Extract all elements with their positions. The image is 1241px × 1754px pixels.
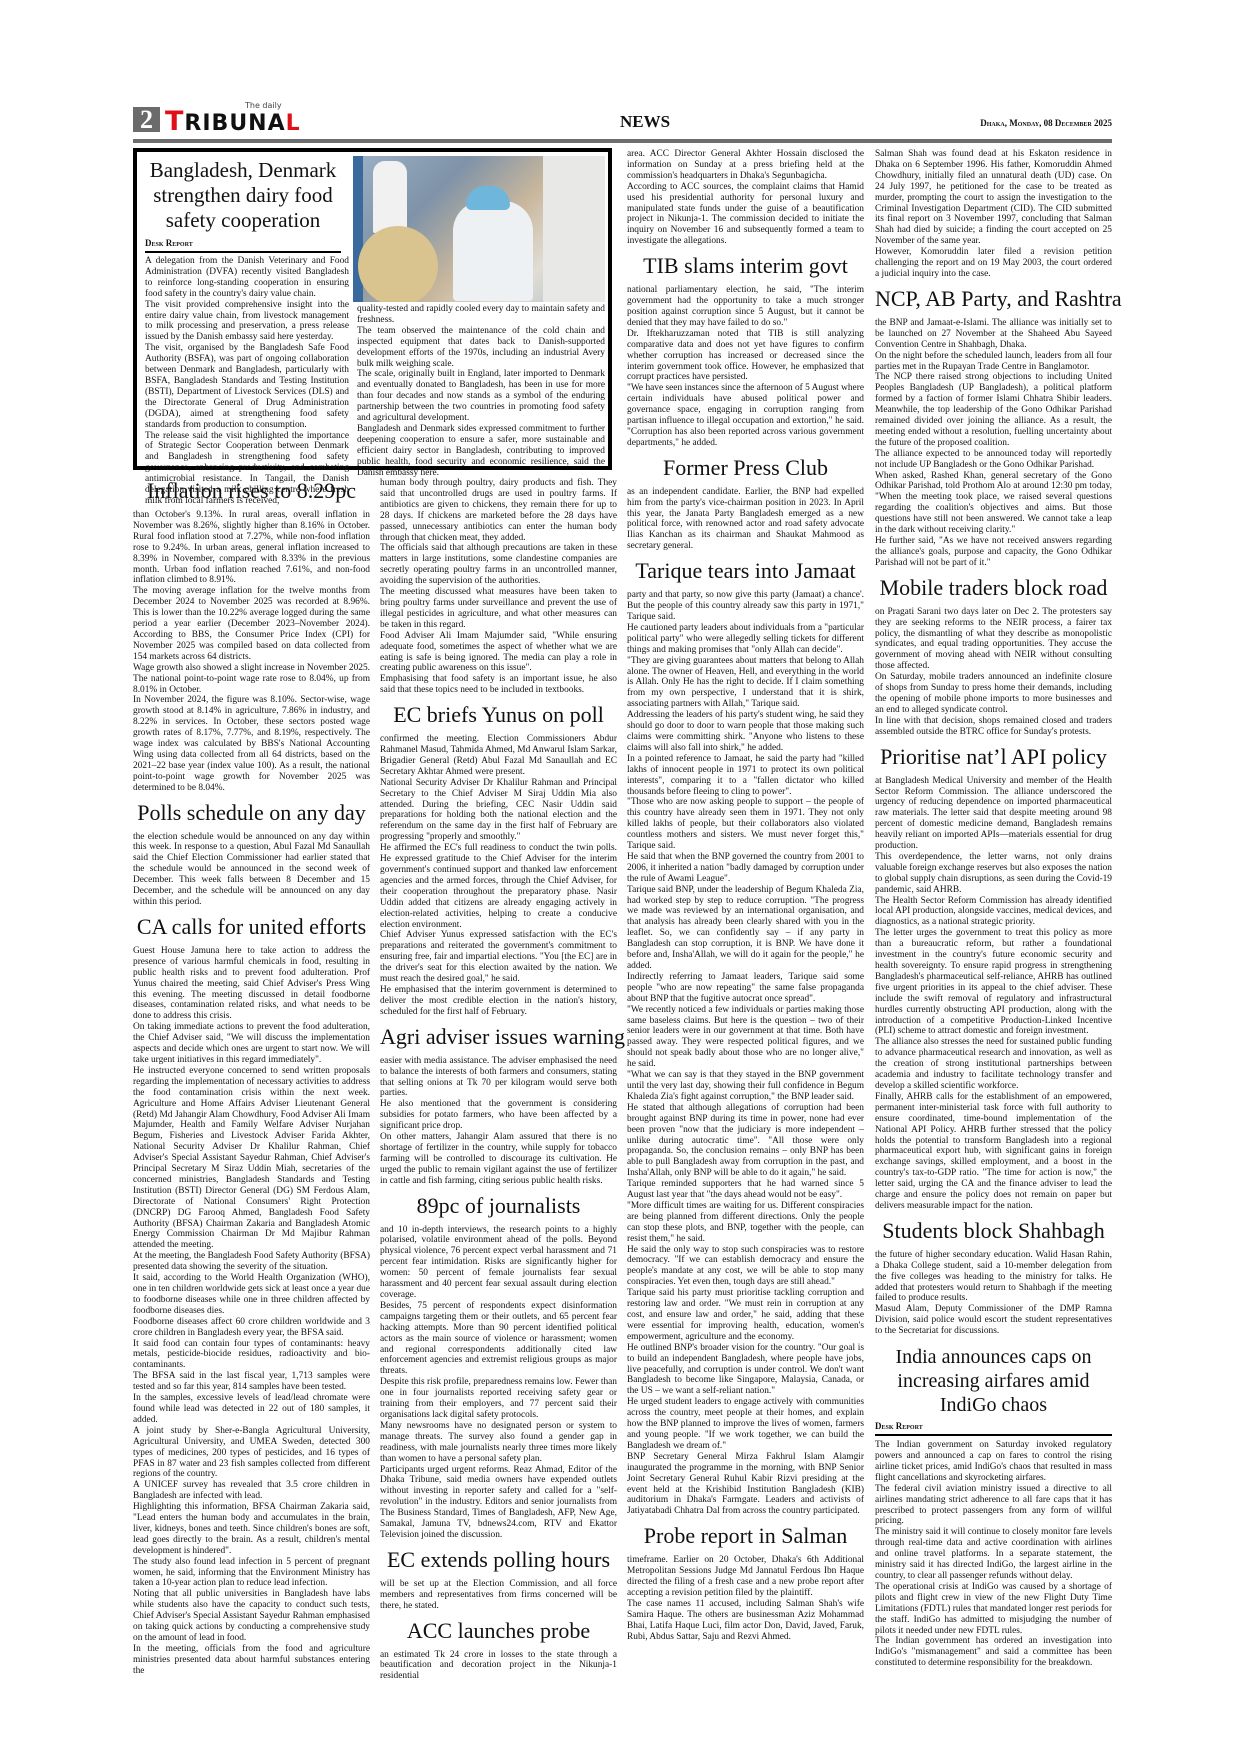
paragraph: He stated that although allegations of c…	[627, 1103, 864, 1179]
headline: EC briefs Yunus on poll	[380, 702, 617, 727]
paragraph: Addressing the leaders of his party's st…	[627, 710, 864, 754]
paragraph: area. ACC Director General Akhter Hossai…	[627, 149, 864, 182]
paragraph: Participants urged urgent reforms. Reaz …	[380, 1465, 617, 1541]
story-ca: CA calls for united efforts Guest House …	[133, 914, 370, 1677]
story-api-policy: Prioritise nat’l API policy at Banglades…	[875, 744, 1112, 1212]
paragraph: A UNICEF survey has revealed that 3.5 cr…	[133, 1480, 370, 1502]
headline: Students block Shahbagh	[875, 1218, 1112, 1243]
paragraph: at Bangladesh Medical University and mem…	[875, 776, 1112, 852]
paragraph: easier with media assistance. The advise…	[380, 1056, 617, 1100]
paragraph: an estimated Tk 24 crore in losses to th…	[380, 1650, 617, 1683]
paragraph: timeframe. Earlier on 20 October, Dhaka'…	[627, 1555, 864, 1599]
story-ec-briefs: EC briefs Yunus on poll confirmed the me…	[380, 702, 617, 1018]
headline: Former Press Club	[627, 455, 864, 480]
headline: EC extends polling hours	[380, 1547, 617, 1572]
logo-wordmark: TRIBUNAL	[165, 110, 301, 136]
paragraph: than October's 9.13%. In rural areas, ov…	[133, 510, 370, 586]
feature-body-col2: quality-tested and rapidly cooled every …	[357, 304, 605, 479]
paragraph: He emphasised that the interim governmen…	[380, 985, 617, 1018]
feature-headline: Bangladesh, Denmark strengthen dairy foo…	[145, 158, 341, 233]
headline: Tarique tears into Jamaat	[627, 558, 864, 583]
logo-tagline: The daily	[245, 101, 282, 110]
paragraph: The case names 11 accused, including Sal…	[627, 1599, 864, 1643]
column-2: human body through poultry, dairy produc…	[380, 478, 617, 1682]
paragraph: Highlighting this information, BFSA Chai…	[133, 1502, 370, 1557]
story-press-club: Former Press Club as an independent cand…	[627, 455, 864, 552]
paragraph: The moving average inflation for the twe…	[133, 586, 370, 662]
paragraph: On the night before the scheduled launch…	[875, 351, 1112, 373]
headline: India announces caps on increasing airfa…	[875, 1345, 1112, 1417]
paragraph: confirmed the meeting. Election Commissi…	[380, 734, 617, 778]
story-acc-probe: ACC launches probe an estimated Tk 24 cr…	[380, 1618, 617, 1683]
story-tib: TIB slams interim govt national parliame…	[627, 253, 864, 449]
story-mobile-traders: Mobile traders block road on Pragati Sar…	[875, 575, 1112, 738]
paragraph: Foodborne diseases affect 60 crore child…	[133, 1317, 370, 1339]
paragraph: The ministry said it will continue to cl…	[875, 1527, 1112, 1582]
headline: TIB slams interim govt	[627, 253, 864, 278]
paragraph: Tarique reminded supporters that he had …	[627, 1179, 864, 1201]
paragraph: the BNP and Jamaat-e-Islami. The allianc…	[875, 318, 1112, 351]
paragraph: He further said, "As we have not receive…	[875, 536, 1112, 569]
paragraph: The Indian government on Saturday invoke…	[875, 1440, 1112, 1484]
paragraph: On other matters, Jahangir Alam assured …	[380, 1132, 617, 1187]
story-students: Students block Shahbagh the future of hi…	[875, 1218, 1112, 1337]
paragraph: However, Komoruddin later filed a revisi…	[875, 247, 1112, 280]
paragraph: The Indian government has ordered an inv…	[875, 1636, 1112, 1669]
paragraph: Masud Alam, Deputy Commissioner of the D…	[875, 1304, 1112, 1337]
paragraph: Many newsrooms have no designated person…	[380, 1421, 617, 1465]
paragraph: In the samples, excessive levels of lead…	[133, 1393, 370, 1426]
story-salman: Probe report in Salman timeframe. Earlie…	[627, 1523, 864, 1642]
paragraph: national parliamentary election, he said…	[627, 285, 864, 329]
paragraph: The alliance expected to be announced to…	[875, 449, 1112, 471]
paragraph: He affirmed the EC's full readiness to c…	[380, 843, 617, 930]
paragraph: On taking immediate actions to prevent t…	[133, 1022, 370, 1066]
paragraph: The officials said that although precaut…	[380, 543, 617, 587]
paragraph: Tarique said BNP, under the leadership o…	[627, 885, 864, 972]
photo-hairnet	[466, 186, 510, 210]
header-rule	[133, 139, 1112, 143]
paragraph: "Those who are now asking people to supp…	[627, 797, 864, 852]
paragraph: He cautioned party leaders about individ…	[627, 623, 864, 656]
story-polls: Polls schedule on any day the election s…	[133, 800, 370, 908]
paragraph: Noting that all public universities in B…	[133, 1589, 370, 1644]
paragraph: According to ACC sources, the complaint …	[627, 182, 864, 247]
paragraph: BNP Secretary General Mirza Fakhrul Isla…	[627, 1452, 864, 1517]
paragraph: The visit, organised by the Bangladesh S…	[145, 343, 349, 430]
paragraph: The study also found lead infection in 5…	[133, 1557, 370, 1590]
paragraph: party and that party, so now give this p…	[627, 590, 864, 623]
photo-person-2	[453, 201, 533, 301]
feature-photo	[353, 156, 605, 302]
paragraph: Finally, AHRB calls for the establishmen…	[875, 1092, 1112, 1212]
paragraph: Chief Adviser Yunus expressed satisfacti…	[380, 930, 617, 985]
story-journalists: 89pc of journalists and 10 in-depth inte…	[380, 1193, 617, 1541]
paragraph: A delegation from the Danish Veterinary …	[145, 256, 349, 300]
paragraph: National Security Adviser Dr Khalilur Ra…	[380, 778, 617, 843]
paragraph: human body through poultry, dairy produc…	[380, 478, 617, 543]
story-tarique: Tarique tears into Jamaat party and that…	[627, 558, 864, 1517]
paragraph: He urged student leaders to engage activ…	[627, 1397, 864, 1452]
headline: Probe report in Salman	[627, 1523, 864, 1548]
paragraph: The federal civil aviation ministry issu…	[875, 1484, 1112, 1528]
paragraph: "We have seen instances since the aftern…	[627, 383, 864, 448]
section-title: NEWS	[585, 112, 705, 132]
story-india-airfares: India announces caps on increasing airfa…	[875, 1345, 1112, 1669]
paragraph: On Saturday, mobile traders announced an…	[875, 672, 1112, 716]
photo-person-3	[358, 226, 438, 302]
feature-byline: Desk Report	[145, 238, 341, 253]
paragraph: "More difficult times are waiting for us…	[627, 1201, 864, 1245]
paragraph: Food Adviser Ali Imam Majumder said, "Wh…	[380, 631, 617, 675]
paragraph: The letter urges the government to treat…	[875, 928, 1112, 1037]
paragraph: In a pointed reference to Jamaat, he sai…	[627, 754, 864, 798]
paragraph: He said that when the BNP governed the c…	[627, 852, 864, 885]
paragraph: It said, according to the World Health O…	[133, 1273, 370, 1317]
paragraph: Tarique said his party must prioritise t…	[627, 1288, 864, 1343]
paragraph: The NCP there raised strong objections t…	[875, 372, 1112, 448]
paragraph: The operational crisis at IndiGo was cau…	[875, 1582, 1112, 1637]
paragraph: the election schedule would be announced…	[133, 832, 370, 908]
headline: Prioritise nat’l API policy	[875, 744, 1112, 769]
headline: Polls schedule on any day	[133, 800, 370, 825]
paragraph: The Health Sector Reform Commission has …	[875, 896, 1112, 929]
paragraph: The alliance also stresses the need for …	[875, 1037, 1112, 1092]
masthead: 2 The daily TRIBUNAL NEWS Dhaka, Monday,…	[133, 104, 1112, 138]
story-agri: Agri adviser issues warning easier with …	[380, 1024, 617, 1187]
paragraph: Wage growth also showed a slight increas…	[133, 663, 370, 696]
paragraph: Salman Shah was found dead at his Eskato…	[875, 149, 1112, 247]
story-ncp: NCP, AB Party, and Rashtra the BNP and J…	[875, 286, 1112, 569]
paragraph: When asked, Rashed Khan, general secreta…	[875, 471, 1112, 536]
paragraph: At the meeting, the Bangladesh Food Safe…	[133, 1251, 370, 1273]
page-number: 2	[133, 107, 160, 132]
story-inflation: Inflation rises to 8.29pc than October's…	[133, 478, 370, 794]
paragraph: the future of higher secondary education…	[875, 1250, 1112, 1305]
paragraph: quality-tested and rapidly cooled every …	[357, 304, 605, 326]
feature-story: Bangladesh, Denmark strengthen dairy foo…	[133, 148, 612, 470]
paragraph: In line with that decision, shops remain…	[875, 716, 1112, 738]
paragraph: "They are giving guarantees about matter…	[627, 656, 864, 711]
headline: Mobile traders block road	[875, 575, 1112, 600]
paragraph: A joint study by Sher-e-Bangla Agricultu…	[133, 1426, 370, 1481]
paragraph: "We recently noticed a few individuals o…	[627, 1005, 864, 1070]
paragraph: Despite this risk profile, preparedness …	[380, 1377, 617, 1421]
feature-body-col1: A delegation from the Danish Veterinary …	[145, 256, 349, 507]
paragraph: on Pragati Sarani two days later on Dec …	[875, 607, 1112, 672]
paragraph: Dr. Iftekharuzzaman noted that TIB is st…	[627, 329, 864, 384]
paragraph: The scale, originally built in England, …	[357, 369, 605, 424]
paragraph: will be set up at the Election Commissio…	[380, 1579, 617, 1612]
dateline: Dhaka, Monday, 08 December 2025	[980, 118, 1112, 128]
paragraph: The BFSA said in the last fiscal year, 1…	[133, 1371, 370, 1393]
paragraph: In the meeting, officials from the food …	[133, 1644, 370, 1677]
story-ec-hours: EC extends polling hours will be set up …	[380, 1547, 617, 1612]
headline: Agri adviser issues warning	[380, 1024, 617, 1049]
photo-person-4	[543, 156, 605, 302]
paragraph: Bangladesh and Denmark sides expressed c…	[357, 424, 605, 479]
paragraph: Guest House Jamuna here to take action t…	[133, 946, 370, 1022]
paragraph: The meeting discussed what measures have…	[380, 587, 617, 631]
paragraph: The team observed the maintenance of the…	[357, 326, 605, 370]
paragraph: Indirectly referring to Jamaat leaders, …	[627, 972, 864, 1005]
headline: CA calls for united efforts	[133, 914, 370, 939]
paragraph: He outlined BNP's broader vision for the…	[627, 1343, 864, 1398]
paragraph: "What we can say is that they stayed in …	[627, 1070, 864, 1103]
paragraph: He said the only way to stop such conspi…	[627, 1245, 864, 1289]
paragraph: and 10 in-depth interviews, the research…	[380, 1225, 617, 1301]
paragraph: Emphasising that food safety is an impor…	[380, 674, 617, 696]
photo-person-1	[373, 161, 407, 233]
paragraph: This overdependence, the letter warns, n…	[875, 852, 1112, 896]
headline: ACC launches probe	[380, 1618, 617, 1643]
paragraph: He also mentioned that the government is…	[380, 1099, 617, 1132]
paragraph: as an independent candidate. Earlier, th…	[627, 487, 864, 552]
newspaper-logo: The daily TRIBUNAL	[165, 104, 335, 134]
story-acc-continued: area. ACC Director General Akhter Hossai…	[627, 149, 864, 247]
paragraph: Besides, 75 percent of respondents expec…	[380, 1301, 617, 1377]
column-1: Inflation rises to 8.29pc than October's…	[133, 472, 370, 1677]
headline: NCP, AB Party, and Rashtra	[875, 286, 1112, 311]
column-4: Salman Shah was found dead at his Eskato…	[875, 149, 1112, 1669]
headline: 89pc of journalists	[380, 1193, 617, 1218]
byline: Desk Report	[875, 1421, 1112, 1436]
paragraph: It said food can contain four types of c…	[133, 1339, 370, 1372]
paragraph: In November 2024, the figure was 8.10%. …	[133, 695, 370, 793]
paragraph: The visit provided comprehensive insight…	[145, 300, 349, 344]
paragraph: He instructed everyone concerned to send…	[133, 1066, 370, 1251]
story-ca-continued: human body through poultry, dairy produc…	[380, 478, 617, 696]
story-salman-continued: Salman Shah was found dead at his Eskato…	[875, 149, 1112, 280]
column-3: area. ACC Director General Akhter Hossai…	[627, 149, 864, 1642]
headline: Inflation rises to 8.29pc	[133, 478, 370, 503]
